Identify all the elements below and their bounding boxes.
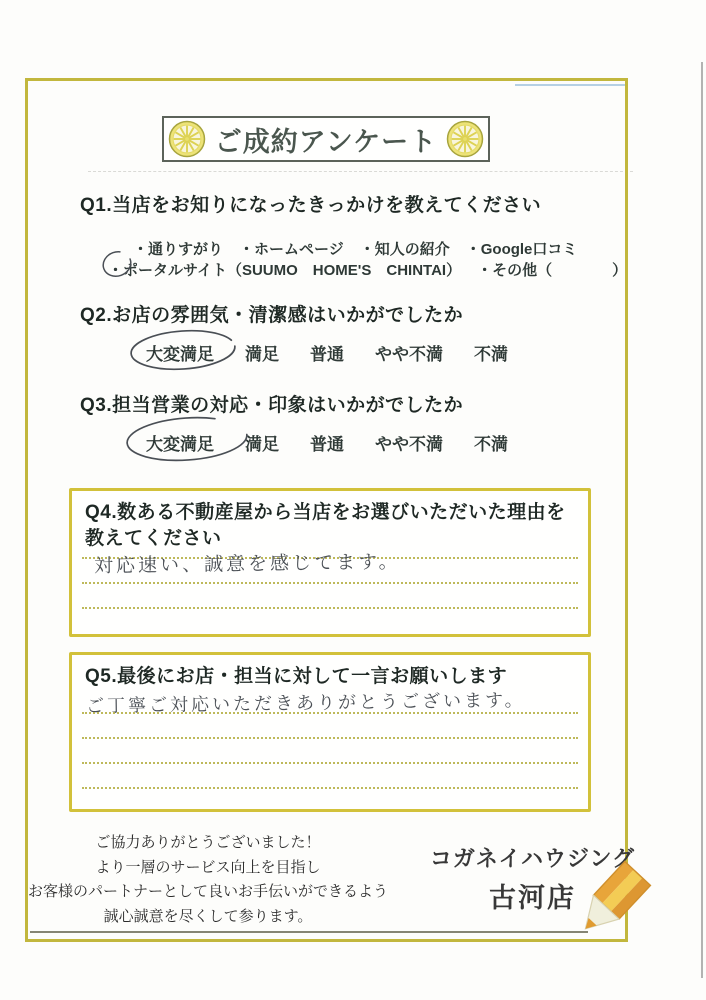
dotted-writing-line [82, 762, 578, 764]
q1-option: ・通りすがり [133, 238, 223, 259]
q2-option: やや不満 [375, 340, 443, 365]
q3-options-row: 大変満足 満足 普通 やや不満 不満 [146, 430, 508, 455]
q4-heading: Q4.数ある不動産屋から当店をお選びいただいた理由を教えてください [72, 491, 588, 552]
title-banner: ご成約アンケート [162, 116, 490, 162]
q4-answer-handwriting: 対応速い、誠意を感じてます。 [94, 547, 401, 578]
q5-answer-box: Q5.最後にお店・担当に対して一言お願いします ご丁寧ご対応いただきありがとうご… [69, 652, 591, 812]
pencil-icon [558, 858, 658, 958]
q4-answer-box: Q4.数ある不動産屋から当店をお選びいただいた理由を教えてください 対応速い、誠… [69, 488, 591, 637]
q1-options-row2: ・ポータルサイト（SUUMO HOME'S CHINTAI） ・その他（ ） [108, 259, 627, 280]
q3-option: 満足 [245, 430, 279, 455]
q2-heading: Q2.お店の雰囲気・清潔感はいかがでしたか [80, 300, 463, 327]
q2-options-row: 大変満足 満足 普通 やや不満 不満 [146, 340, 508, 365]
q2-option: 不満 [474, 340, 508, 365]
q2-option: 満足 [245, 340, 279, 365]
thanks-line: ご協力ありがとうございました！ [28, 831, 388, 856]
dotted-writing-line [82, 712, 578, 714]
q1-options-row1: ・通りすがり ・ホームページ ・知人の紹介 ・Google口コミ [133, 238, 577, 259]
dotted-writing-line [82, 582, 578, 584]
dotted-writing-line [82, 787, 578, 789]
q3-heading: Q3.担当営業の対応・印象はいかがでしたか [80, 390, 463, 417]
q2-option: 普通 [310, 340, 344, 365]
dotted-writing-line [82, 737, 578, 739]
q1-option-other: ・その他（ ） [477, 259, 627, 280]
page-title: ご成約アンケート [215, 120, 437, 159]
lemon-icon [168, 120, 206, 158]
q1-option-portal: ・ポータルサイト（SUUMO HOME'S CHINTAI） [108, 259, 461, 280]
thanks-line: 誠心誠意を尽くして参ります。 [28, 905, 388, 930]
q2-option: 大変満足 [146, 340, 214, 365]
q3-option: 大変満足 [146, 430, 214, 455]
scanner-edge-artifact [701, 62, 703, 978]
thanks-line: お客様のパートナーとして良いお手伝いができるよう [28, 880, 388, 905]
q1-option: ・知人の紹介 [360, 238, 450, 259]
q5-heading: Q5.最後にお店・担当に対して一言お願いします [72, 655, 588, 690]
q1-option: ・ホームページ [239, 238, 344, 259]
q3-option: 普通 [310, 430, 344, 455]
scanned-survey-page: ご成約アンケート Q1.当店をお知りになったきっかけを教えてください ・通りすが… [0, 0, 706, 1000]
pencil-drawn-line [30, 931, 588, 933]
q3-option: やや不満 [375, 430, 443, 455]
q3-option: 不満 [474, 430, 508, 455]
q1-option: ・Google口コミ [466, 238, 578, 259]
lemon-icon [446, 120, 484, 158]
thanks-line: より一層のサービス向上を目指し [28, 856, 388, 881]
footer-thanks: ご協力ありがとうございました！ より一層のサービス向上を目指し お客様のパートナ… [28, 831, 388, 929]
q1-heading: Q1.当店をお知りになったきっかけを教えてください [80, 190, 541, 217]
dotted-writing-line [82, 607, 578, 609]
